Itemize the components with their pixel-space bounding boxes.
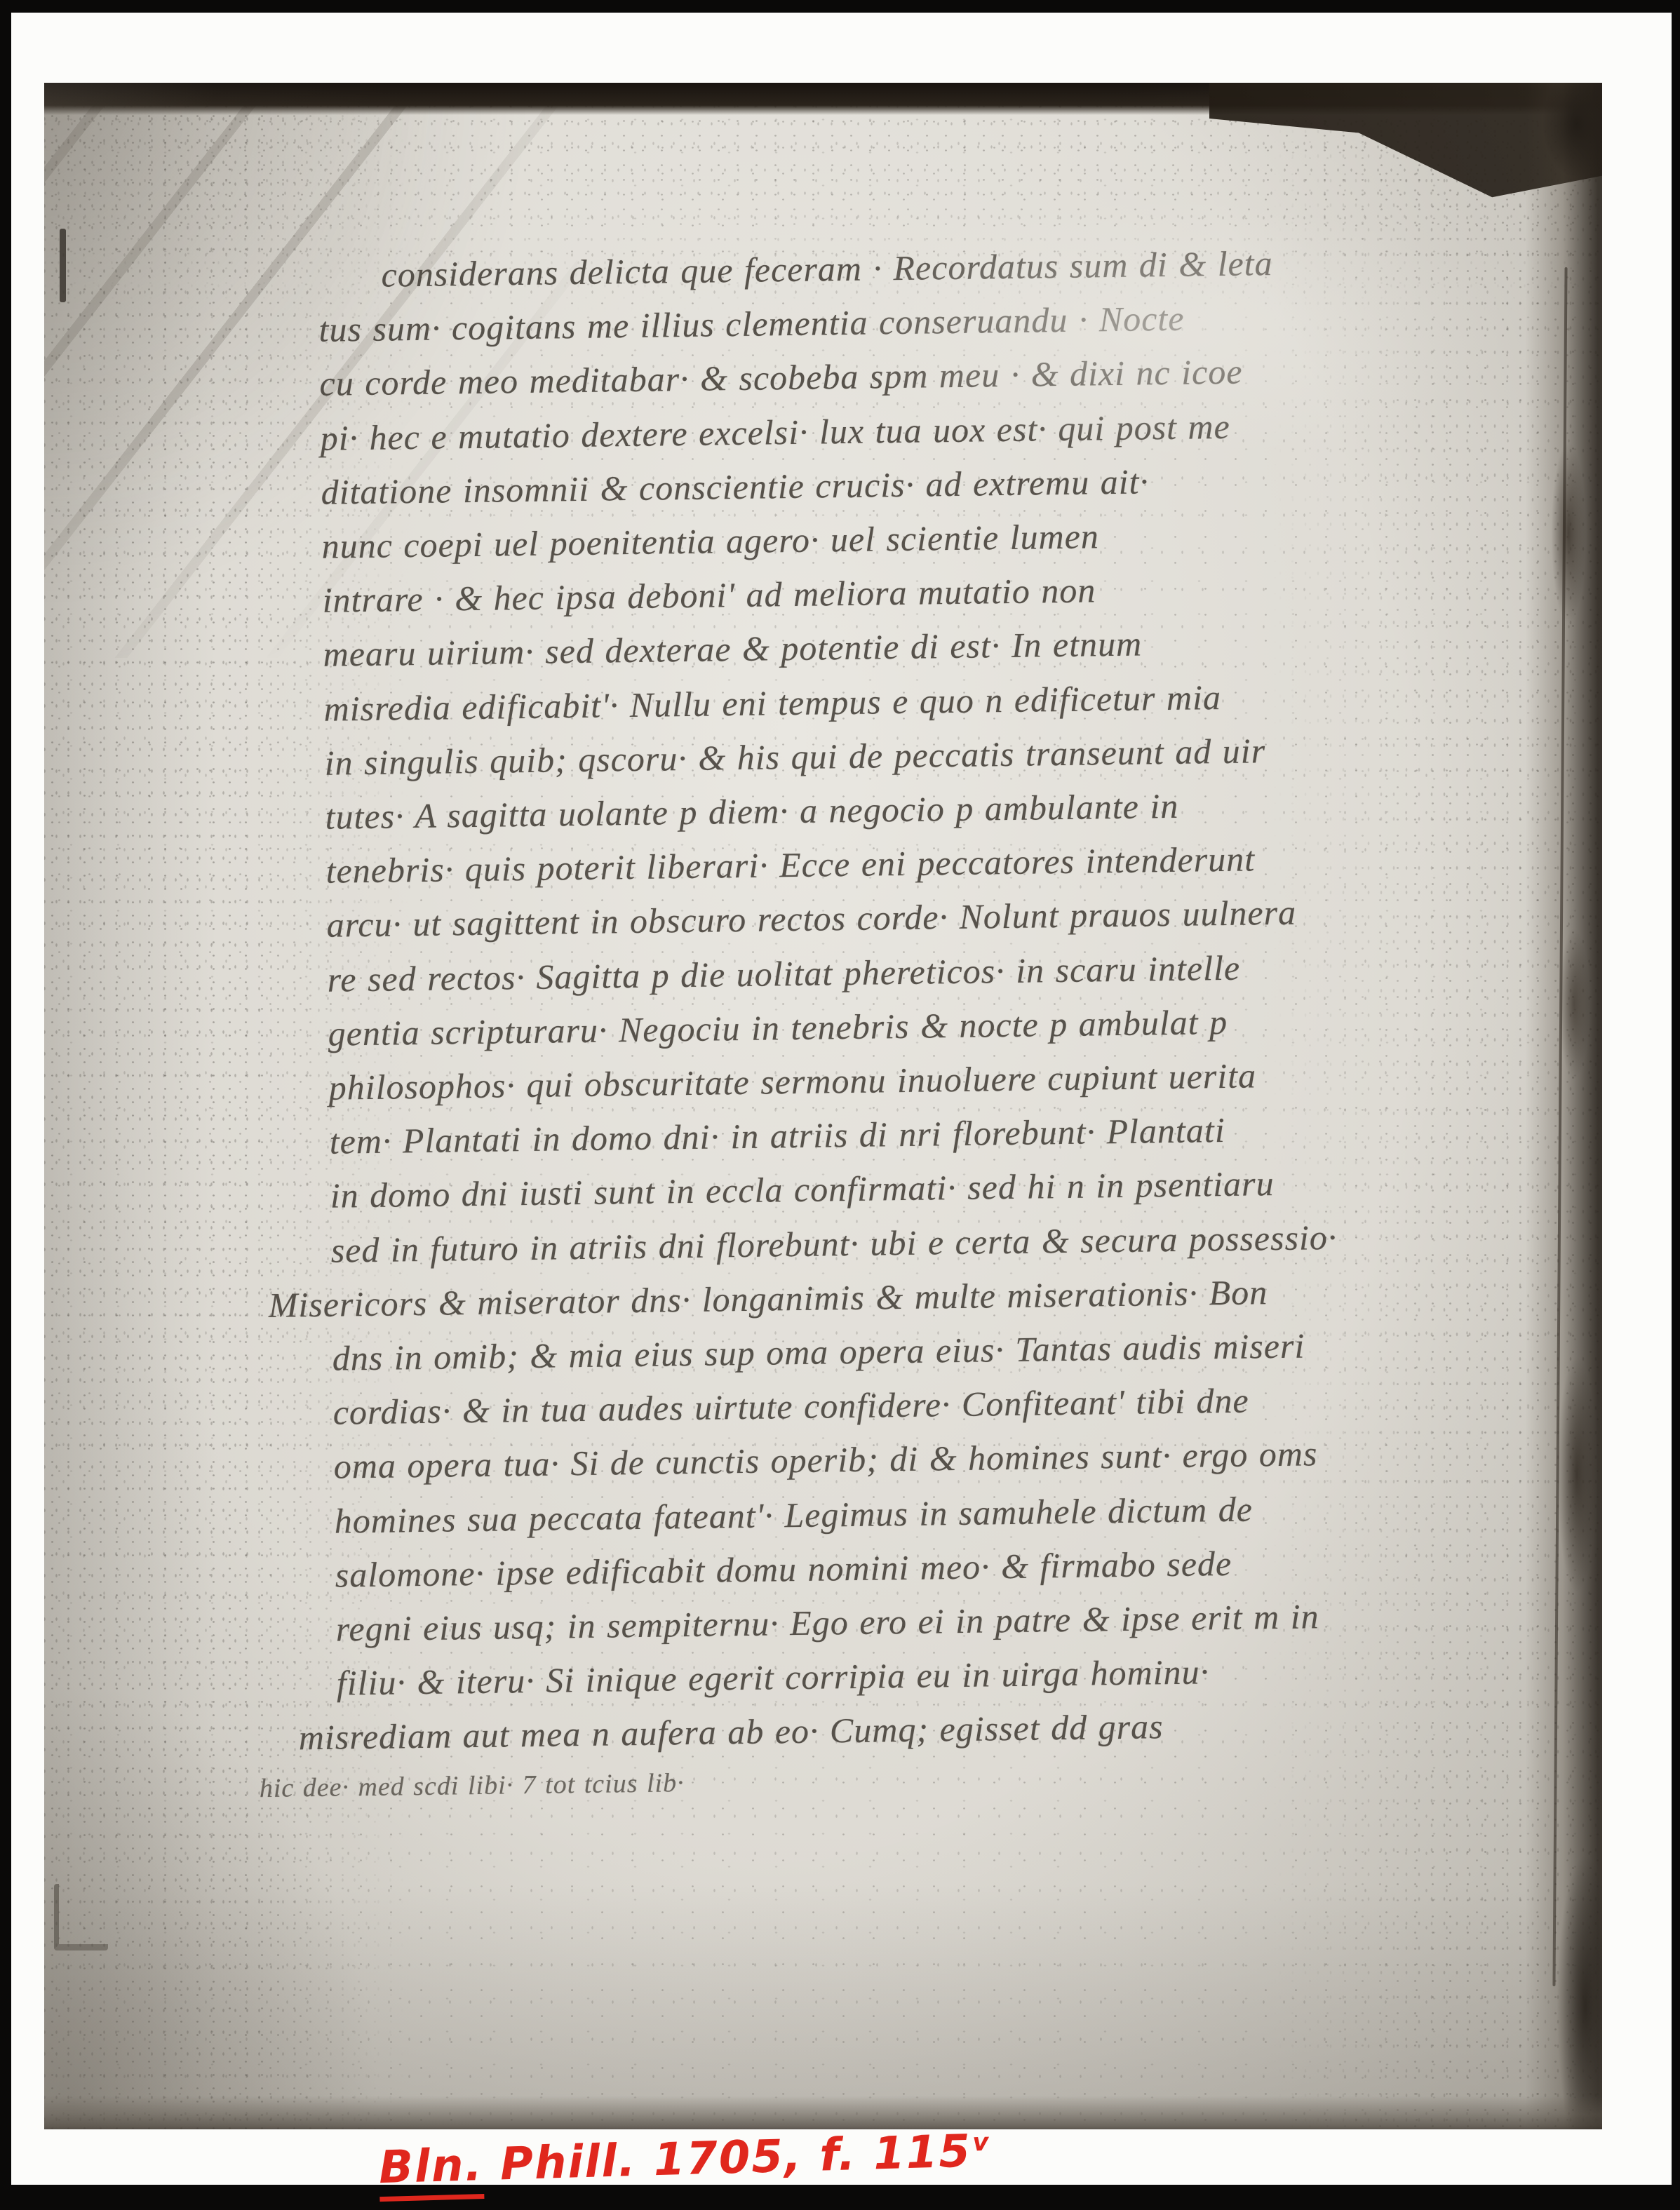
manuscript-text: considerans delicta que feceram · Record… <box>44 83 1602 2129</box>
manuscript-line: nunc coepi uel poenitentia agero· uel sc… <box>321 518 1099 564</box>
manuscript-line: regni eius usq; in sempiternu· Ego ero e… <box>335 1598 1319 1646</box>
manuscript-line: intrare · & hec ipsa deboni' ad meliora … <box>322 573 1096 618</box>
manuscript-line: Misericors & miserator dns· longanimis &… <box>268 1274 1268 1323</box>
manuscript-line: mearu uirium· sed dexterae & potentie di… <box>323 626 1142 672</box>
manuscript-line: in singulis quib; qscoru· & his qui de p… <box>324 733 1265 781</box>
manuscript-photo: considerans delicta que feceram · Record… <box>44 83 1602 2129</box>
manuscript-line: sed in futuro in atriis dni florebunt· u… <box>330 1219 1337 1267</box>
manuscript-line: misrediam aut mea n aufera ab eo· Cumq; … <box>299 1709 1164 1756</box>
manuscript-line: dns in omib; & mia eius sup oma opera ei… <box>332 1328 1305 1376</box>
manuscript-line: tus sum· cogitans me illius clementia co… <box>318 301 1185 347</box>
manuscript-line: misredia edificabit'· Nullu eni tempus e… <box>323 680 1221 727</box>
manuscript-line: considerans delicta que feceram · Record… <box>381 245 1273 292</box>
manuscript-line: tutes· A sagitta uolante p diem· a negoc… <box>325 788 1178 835</box>
framed-photograph: considerans delicta que feceram · Record… <box>0 0 1680 2210</box>
manuscript-line: in domo dni iusti sunt in eccla confirma… <box>330 1166 1274 1213</box>
manuscript-line: tem· Plantati in domo dni· in atriis di … <box>329 1112 1225 1159</box>
manuscript-line: cu corde meo meditabar· & scobeba spm me… <box>319 354 1243 401</box>
manuscript-line: pi· hec e mutatio dextere excelsi· lux t… <box>320 408 1230 455</box>
manuscript-line: gentia scripturaru· Negociu in tenebris … <box>328 1004 1228 1051</box>
manuscript-line: homines sua peccata fateant'· Legimus in… <box>334 1491 1253 1538</box>
manuscript-line: cordias· & in tua audes uirtute confider… <box>332 1383 1249 1430</box>
shelfmark-folio-side: v <box>972 2128 990 2157</box>
manuscript-line: hic dee· med scdi libi· 7 tot tcius lib· <box>260 1770 685 1802</box>
manuscript-line: philosophos· qui obscuritate sermonu inu… <box>328 1058 1256 1105</box>
shelfmark-library: Bln. <box>378 2139 484 2202</box>
manuscript-line: tenebris· quis poterit liberari· Ecce en… <box>325 842 1255 889</box>
manuscript-line: re sed rectos· Sagitta p die uolitat phe… <box>327 950 1240 997</box>
manuscript-line: ditatione insomnii & conscientie crucis·… <box>321 464 1149 509</box>
manuscript-line: salomone· ipse edificabit domu nomini me… <box>335 1546 1232 1593</box>
manuscript-line: arcu· ut sagittent in obscuro rectos cor… <box>326 895 1296 943</box>
manuscript-line: filiu· & iteru· Si inique egerit corripi… <box>337 1655 1210 1701</box>
manuscript-line: oma opera tua· Si de cunctis operib; di … <box>333 1436 1317 1484</box>
